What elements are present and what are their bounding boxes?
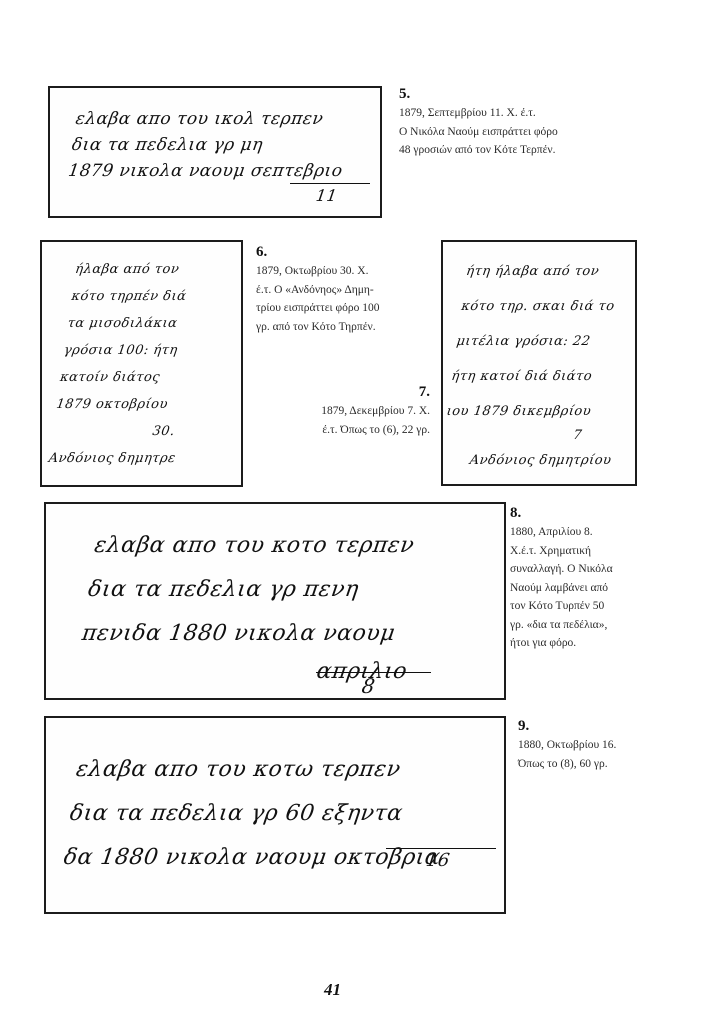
handwritten-date: 16 — [425, 850, 452, 871]
signature-rule — [316, 672, 431, 673]
handwritten-date: 11 — [315, 186, 339, 205]
handwritten-text: ελαβα απο του κοτο τερπεν δια τα πεδελια… — [74, 524, 427, 688]
receipt-image-7: ήτη ήλαβα από τον κότο τηρ. σκαι διά το … — [441, 240, 637, 486]
caption-7: 7. 1879, Δεκεμβρίου 7. Χ. έ.τ. Όπως το (… — [278, 382, 430, 439]
handwritten-text: ήλαβα από τον κότο τηρπέν διά τα μισοδιλ… — [47, 256, 204, 472]
signature-rule — [290, 183, 370, 184]
page-number: 41 — [324, 980, 341, 1000]
handwritten-text: ελαβα απο του κοτω τερπεν δια τα πεδελια… — [61, 748, 456, 880]
caption-8: 8. 1880, Απριλίου 8. Χ.έ.τ. Χρηματική συ… — [510, 503, 613, 653]
handwritten-text: ήτη ήλαβα από τον κότο τηρ. σκαι διά το … — [441, 254, 637, 478]
signature-rule — [386, 848, 496, 849]
receipt-image-9: ελαβα απο του κοτω τερπεν δια τα πεδελια… — [44, 716, 506, 914]
caption-5: 5. 1879, Σεπτεμβρίου 11. Χ. έ.τ. Ο Νικόλ… — [399, 84, 558, 160]
receipt-image-6: ήλαβα από τον κότο τηρπέν διά τα μισοδιλ… — [40, 240, 243, 487]
caption-6: 6. 1879, Οκτωβρίου 30. Χ. έ.τ. Ο «Ανδόνη… — [256, 242, 380, 336]
receipt-image-8: ελαβα απο του κοτο τερπεν δια τα πεδελια… — [44, 502, 506, 700]
handwritten-date: 8 — [360, 674, 377, 698]
handwritten-text: ελαβα απο του ικολ τερπεν δια τα πεδελια… — [67, 106, 352, 184]
caption-9: 9. 1880, Οκτωβρίου 16. Όπως το (8), 60 γ… — [518, 716, 616, 773]
receipt-image-5: ελαβα απο του ικολ τερπεν δια τα πεδελια… — [48, 86, 382, 218]
